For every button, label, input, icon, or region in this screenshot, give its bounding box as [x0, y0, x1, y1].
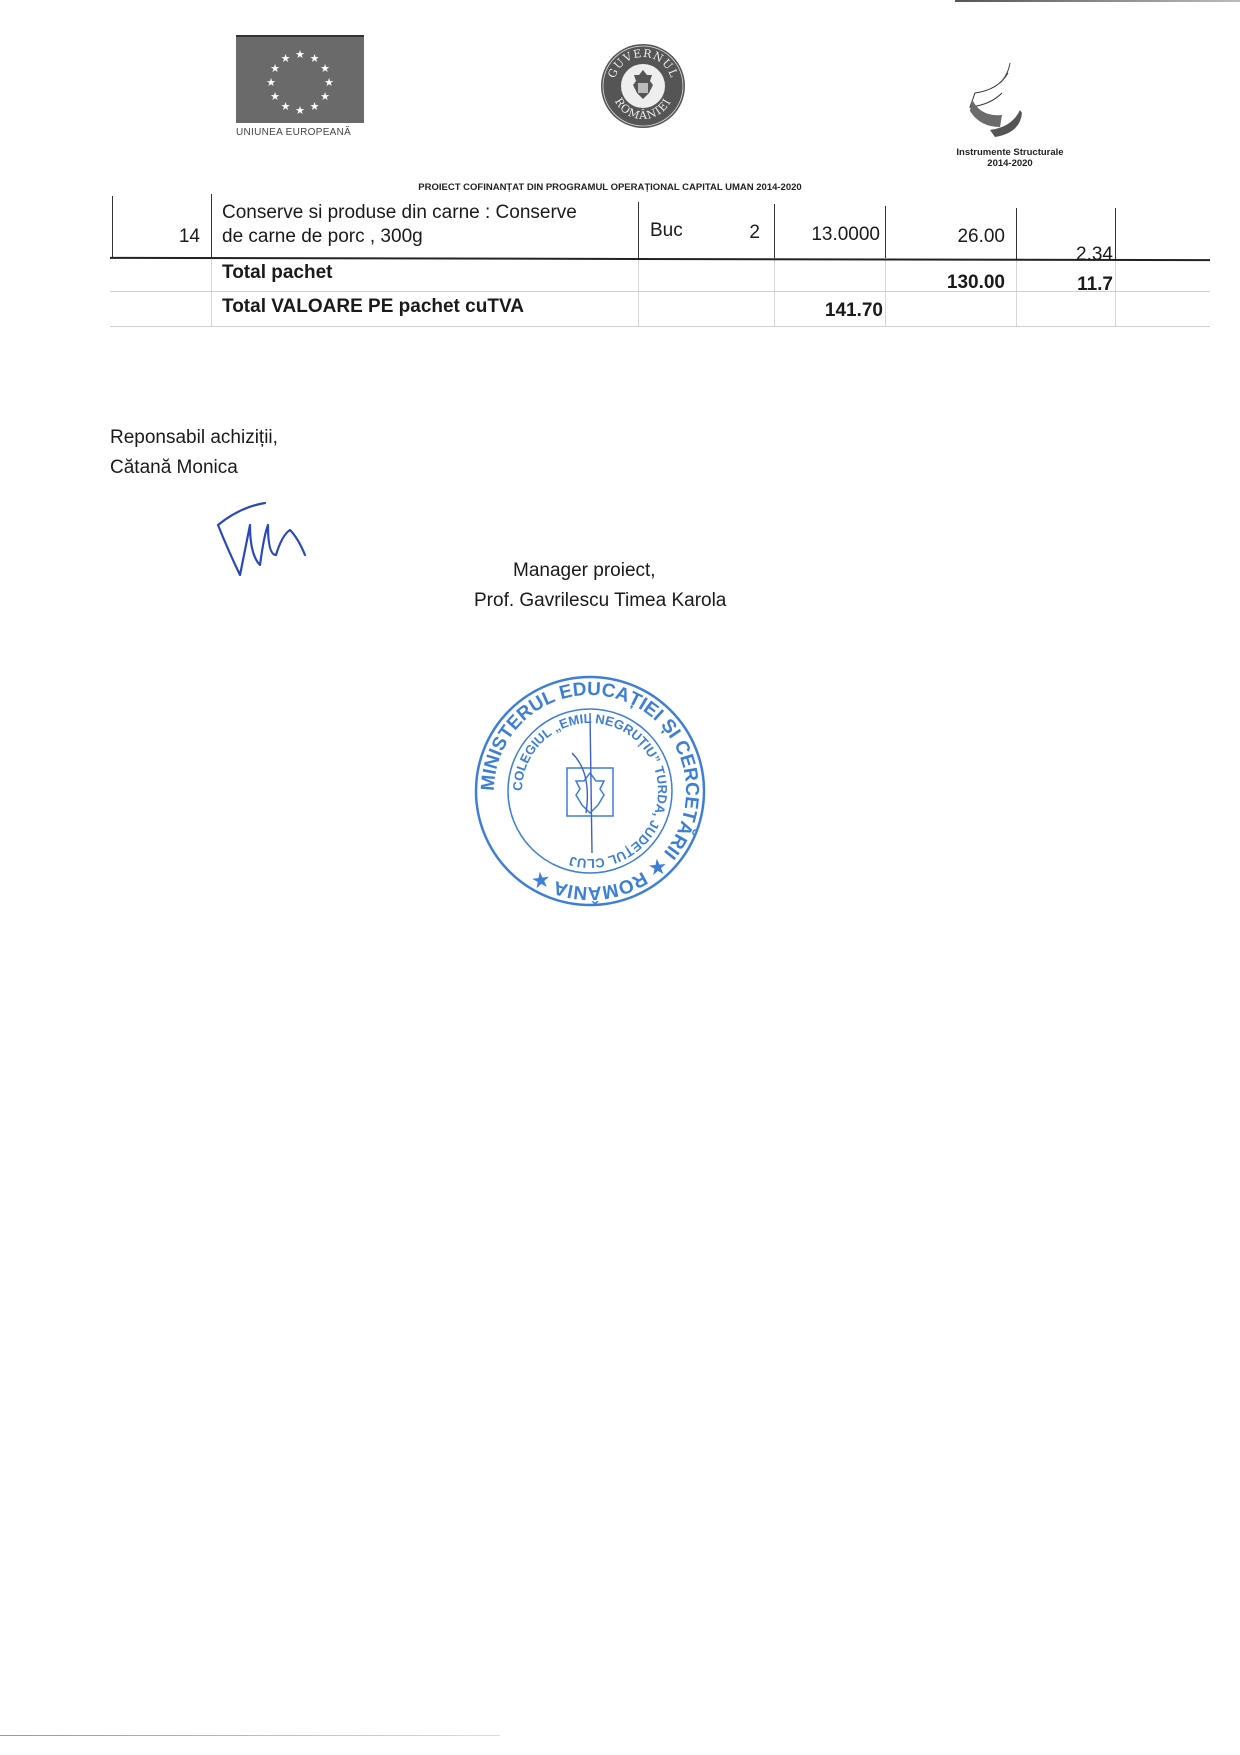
scan-edge-line-bottom [0, 1735, 500, 1736]
value: 26.00 [957, 226, 1005, 248]
product-table: 14 Conserve si produse din carne : Conse… [110, 196, 1210, 331]
eu-flag-icon: ★★★ ★★★ ★★★ ★★★ [236, 35, 364, 123]
row-number: 14 [179, 226, 200, 248]
table-border [885, 206, 886, 258]
svg-text:★: ★ [320, 90, 330, 103]
table-border [885, 260, 886, 326]
svg-text:★: ★ [310, 100, 320, 113]
structural-instruments-title: Instrumente Structurale [920, 147, 1100, 158]
total-with-vat-value: 141.70 [825, 300, 883, 322]
svg-text:★: ★ [295, 104, 305, 117]
table-border [211, 194, 212, 258]
svg-text:★: ★ [270, 62, 280, 75]
total-pachet-vat: 11.7 [1077, 274, 1113, 296]
table-border [774, 204, 775, 258]
svg-text:★: ★ [320, 62, 330, 75]
vat: 2.34 [1076, 244, 1113, 266]
table-border [1115, 208, 1116, 260]
total-pachet-value: 130.00 [947, 272, 1005, 294]
table-border [110, 291, 1210, 292]
table-border [1016, 260, 1017, 326]
total-pachet-label: Total pachet [222, 262, 333, 284]
svg-text:★: ★ [310, 52, 320, 65]
svg-text:★: ★ [324, 76, 334, 89]
svg-text:★: ★ [295, 48, 305, 61]
product-description-line2: de carne de porc , 300g [222, 226, 423, 248]
table-border [1016, 208, 1017, 260]
total-with-vat-label: Total VALOARE PE pachet cuTVA [222, 296, 524, 318]
official-stamp-icon: MINISTERUL EDUCAȚIEI ȘI CERCETĂRII ★ ROM… [472, 673, 708, 909]
procurement-name: Cătană Monica [110, 457, 238, 479]
handwritten-signature-icon [210, 495, 340, 585]
eu-caption: UNIUNEA EUROPEANĂ [236, 127, 376, 138]
quantity: 2 [749, 222, 760, 244]
unit: Buc [650, 220, 683, 242]
product-description-line1: Conserve si produse din carne : Conserve [222, 202, 577, 224]
romanian-government-seal-icon: GUVERNUL ROMÂNIEI [600, 43, 686, 129]
table-border [638, 202, 639, 258]
structural-instruments-caption: Instrumente Structurale 2014-2020 [920, 147, 1100, 169]
svg-text:★: ★ [270, 90, 280, 103]
unit-price: 13.0000 [811, 224, 880, 246]
structural-instruments-years: 2014-2020 [920, 158, 1100, 169]
table-border [211, 260, 212, 326]
table-border [774, 260, 775, 326]
table-border [110, 326, 1210, 327]
table-border [638, 260, 639, 326]
manager-role: Manager proiect, [513, 560, 656, 582]
table-border [1115, 260, 1116, 326]
svg-text:★: ★ [281, 100, 291, 113]
manager-name: Prof. Gavrilescu Timea Karola [474, 590, 726, 612]
svg-text:★: ★ [266, 76, 276, 89]
table-border [112, 196, 113, 258]
table-border [110, 257, 1210, 261]
svg-text:★: ★ [281, 52, 291, 65]
procurement-role: Reponsabil achiziții, [110, 427, 278, 449]
structural-instruments-logo-icon [950, 55, 1040, 145]
scan-edge-line-top [955, 0, 1240, 2]
project-cofinancing-header: PROIECT COFINANȚAT DIN PROGRAMUL OPERAȚI… [360, 182, 860, 193]
